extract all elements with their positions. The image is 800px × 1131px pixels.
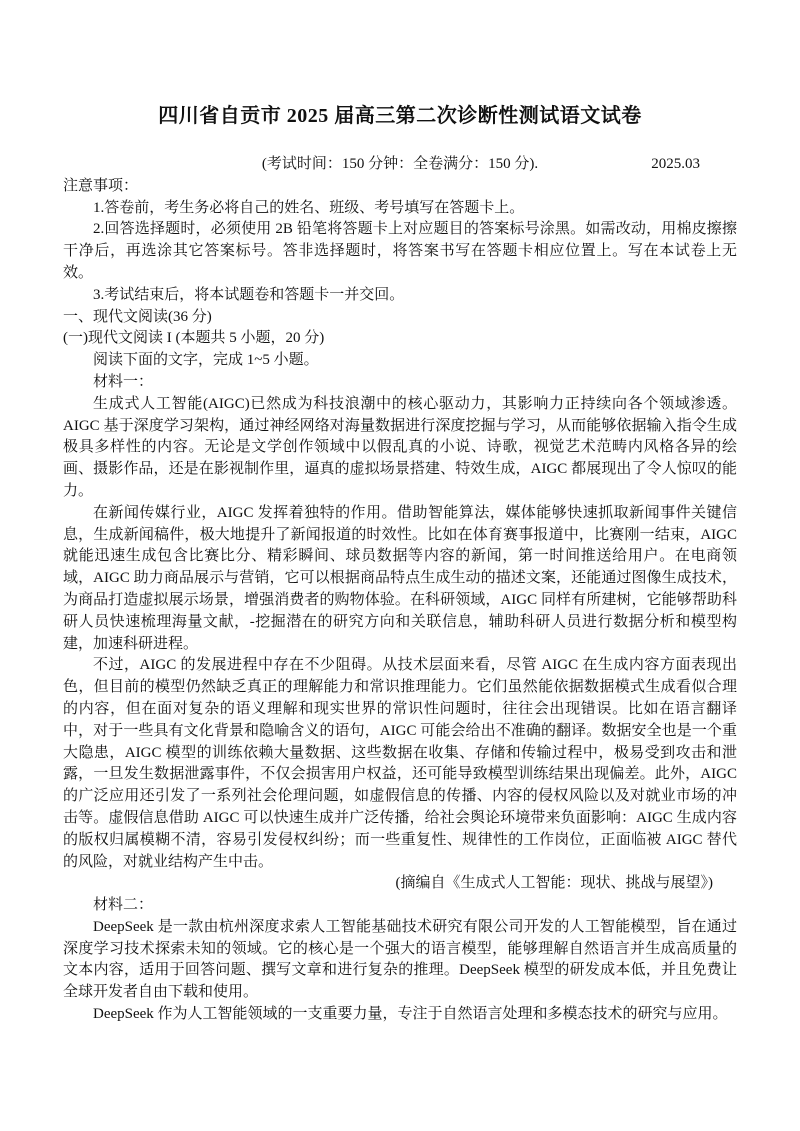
material1-label: 材料一：: [63, 372, 737, 394]
material1-paragraph: 不过，AIGC 的发展进程中存在不少阻碍。从技术层面来看，尽管 AIGC 在生成…: [63, 655, 737, 873]
subsection-heading: (一)现代文阅读 I (本题共 5 小题，20 分): [63, 328, 737, 350]
material1-paragraph: 生成式人工智能(AIGC)已然成为科技浪潮中的核心驱动力，其影响力正持续向各个领…: [63, 394, 737, 503]
material2-paragraph: DeepSeek 是一款由杭州深度求索人工智能基础技术研究有限公司开发的人工智能…: [63, 917, 737, 1004]
material2-paragraph: DeepSeek 作为人工智能领域的一支重要力量，专注于自然语言处理和多模态技术…: [63, 1004, 737, 1026]
notice-item: 1.答卷前，考生务必将自己的姓名、班级、考号填写在答题卡上。: [63, 198, 737, 220]
document-body: 注意事项： 1.答卷前，考生务必将自己的姓名、班级、考号填写在答题卡上。 2.回…: [63, 176, 737, 1026]
notice-item: 3.考试结束后，将本试题卷和答题卡一并交回。: [63, 285, 737, 307]
reading-instruction: 阅读下面的文字，完成 1~5 小题。: [63, 350, 737, 372]
section-heading: 一、现代文阅读(36 分): [63, 307, 737, 329]
notice-heading: 注意事项：: [63, 176, 737, 198]
page-title: 四川省自贡市 2025 届高三第二次诊断性测试语文试卷: [63, 105, 737, 127]
exam-paper-page: 四川省自贡市 2025 届高三第二次诊断性测试语文试卷 (考试时间：150 分钟…: [0, 0, 800, 1131]
material1-paragraph: 在新闻传媒行业，AIGC 发挥着独特的作用。借助智能算法，媒体能够快速抓取新闻事…: [63, 503, 737, 656]
exam-info: (考试时间：150 分钟：全卷满分：150 分).: [262, 156, 538, 172]
exam-info-row: (考试时间：150 分钟：全卷满分：150 分). 2025.03: [63, 154, 737, 176]
material1-attribution: (摘编自《生成式人工智能：现状、挑战与展望》): [63, 873, 737, 895]
material2-label: 材料二：: [63, 895, 737, 917]
notice-item: 2.回答选择题时，必须使用 2B 铅笔将答题卡上对应题目的答案标号涂黑。如需改动…: [63, 219, 737, 284]
exam-date: 2025.03: [651, 154, 700, 176]
